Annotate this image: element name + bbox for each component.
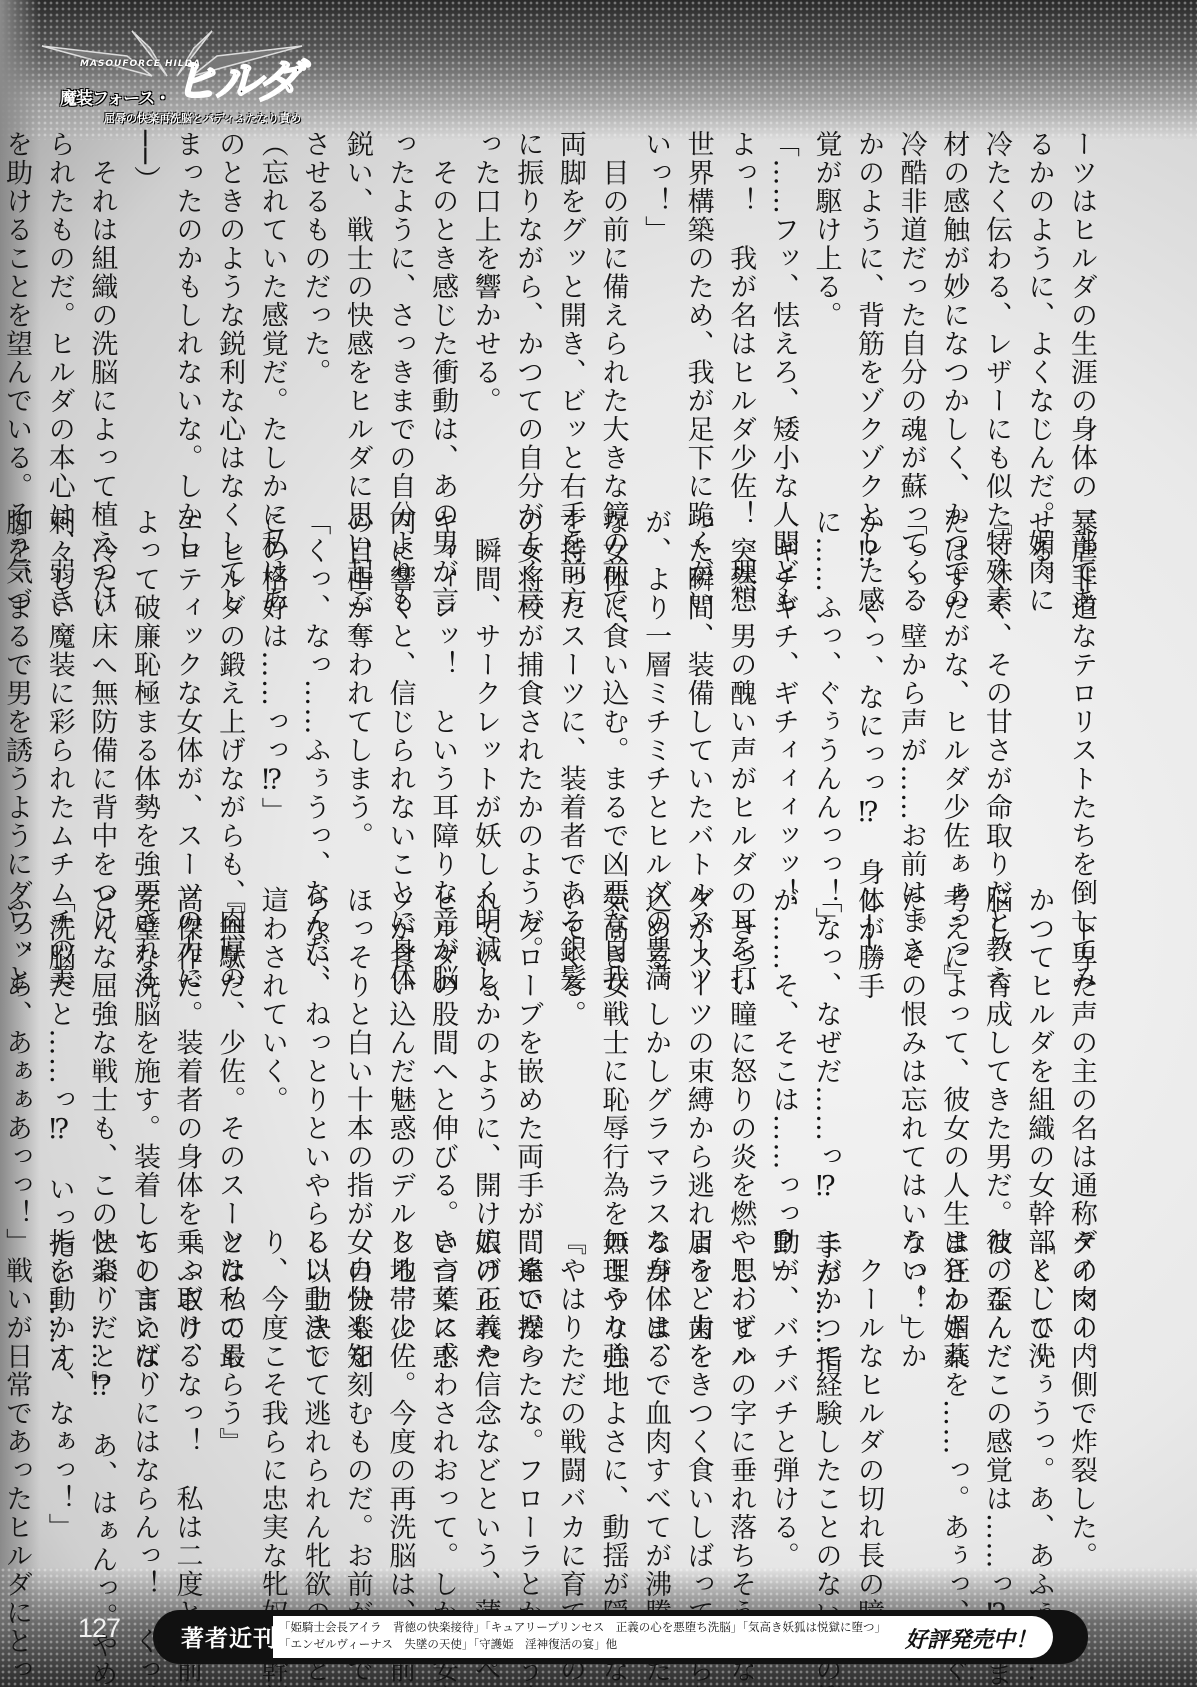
- text-column: ツが食い込んだ魅惑のデルタ地帯に、: [378, 886, 421, 1256]
- text-block-3: 下卑た声の主の名は通称テイマー。かつてヒルダを組織の女幹部として洗脳し、育成して…: [0, 886, 1102, 1256]
- text-column: いてくる。: [548, 886, 591, 1256]
- text-column: ヒルダの鍛え上げながらも、肉厚の: [208, 508, 251, 878]
- publication-titles-line-1: 「姫騎士会長アイラ 背徳の快楽接待」「キュアリープリンセス 正義の心を悪堕ち洗脳…: [279, 1619, 886, 1636]
- text-column: し──。: [846, 886, 889, 1256]
- text-column: た。その恨みは忘れてはいない。しか: [889, 886, 932, 1256]
- text-column: 「く、ひぃぅうっ。あ、あふぅっ……: [1017, 1228, 1060, 1568]
- page-number: 127: [78, 1613, 120, 1644]
- text-column: な、なんだこの感覚は……っ⁉ ま、: [974, 1228, 1017, 1568]
- text-column: 『やはりただの戦闘バカに育てたのは: [548, 1228, 591, 1568]
- text-column: 刺々しい魔装に彩られたムチムチの美: [37, 508, 80, 878]
- text-column: クールなヒルダの切れ長の瞳に、い: [846, 1228, 889, 1568]
- text-column: ダがスーツの束縛から逃れようと力を: [676, 886, 719, 1256]
- text-column: 娘の正義や信念などという、薄っぺら: [463, 1228, 506, 1568]
- text-column: 瞬間、サークレットが妖しく明滅し、: [463, 508, 506, 878]
- text-column: 鋭い、戦士の快感をヒルダに思い起こ: [335, 130, 378, 500]
- text-column: 目の前に備えられた大きな鏡の前で、: [591, 130, 634, 500]
- text-column: 「なっ、なぜだ……っ⁉ 手が……指: [804, 886, 847, 1256]
- text-column: 女の快楽を刻むものだ。お前が女であ: [335, 1228, 378, 1568]
- text-column: を助けることを望んでいる。そう気づ: [0, 130, 37, 500]
- text-column: 下卑た声の主の名は通称テイマー。: [1059, 886, 1102, 1256]
- text-column: エロティックな女体が、スーツの力に: [165, 508, 208, 878]
- text-column: 「洗脳だと……っ⁉ いったい……ん: [37, 886, 80, 1256]
- logo-japanese-title: 魔装フォース・: [60, 84, 170, 109]
- text-column: 脚を、まるで男を誘うようにグワッと: [0, 508, 37, 878]
- text-column: 「……フッ、怯えろ、矮小な人間ども: [761, 130, 804, 500]
- text-column: れているかのように、開け広げられた: [463, 886, 506, 1256]
- text-column: この格好は……っっ⁉」: [250, 508, 293, 878]
- text-column: （忘れていた感覚だ。たしかに私はあ: [250, 130, 293, 500]
- text-column: られたものだ。ヒルダの本心は、弱き: [37, 130, 80, 500]
- text-column: った口上を響かせる。: [463, 130, 506, 500]
- on-sale-label: 好評発売中！: [905, 1623, 1037, 1654]
- text-column: それは組織の洗脳によって植えつけ: [80, 130, 123, 500]
- text-column: 指を動かす、なぁっ！」: [37, 1228, 80, 1568]
- text-column: 『くくく、その甘さが命取りだと教え: [974, 508, 1017, 878]
- text-column: らない、ねっとりといやらしい動きで: [293, 886, 336, 1256]
- text-column: に振りながら、かつての自分がよく言: [506, 130, 549, 500]
- text-block-4: ダの肉の内側で炸裂した。「く、ひぃぅうっ。あ、あふぅっ……な、なんだこの感覚は……: [0, 1228, 1102, 1568]
- text-column: 『無駄だ、少佐。そのスーツは私の最: [208, 886, 251, 1256]
- text-column: 「ふざけるなっ！ 私は二度とお前た: [165, 1228, 208, 1568]
- text-column: 眉を、歯をきつく食いしばってこらえ: [676, 1228, 719, 1568]
- text-column: よっ！ 我が名はヒルダ少佐！ 理想: [719, 130, 762, 500]
- logo-hilda-title: ヒルダ: [172, 56, 299, 106]
- text-column: ほっそりと白い十本の指が、自分も知: [335, 886, 378, 1256]
- text-column: 冷たく伝わる、レザーにも似た特殊素: [974, 130, 1017, 500]
- text-column: る以上決して逃れられん牝欲の虜とな: [293, 1228, 336, 1568]
- text-column: ギチギチ、ギチィィィッッ！: [761, 508, 804, 878]
- text-column: 冷酷非道だった自分の魂が蘇ってくる: [889, 130, 932, 500]
- series-logo: MASOUFORCE HILDA 魔装フォース・ ヒルダ 屈辱の快楽再洗脳とパデ…: [22, 22, 322, 118]
- text-column: のときのような鋭利な心はなくしてし: [208, 130, 251, 500]
- text-column: まったのかもしれないな。しかし: [165, 130, 208, 500]
- text-column: 完璧な洗脳を施す。装着してしまえば、: [122, 886, 165, 1256]
- text-column: ダの肉の内側で炸裂した。: [1059, 1228, 1102, 1568]
- text-column: まだかつて経験したことのない牝の衝: [804, 1228, 847, 1568]
- publication-list-box: 「姫騎士会長アイラ 背徳の快楽接待」「キュアリープリンセス 正義の心を悪堕ち洗脳…: [273, 1616, 1053, 1658]
- text-column: ちの言いなりにはならんっ！ くっ、: [122, 1228, 165, 1568]
- text-column: かつてヒルダを組織の女幹部として洗: [1017, 886, 1060, 1256]
- publication-titles: 「姫騎士会長アイラ 背徳の快楽接待」「キュアリープリンセス 正義の心を悪堕ち洗脳…: [279, 1619, 886, 1653]
- text-column: どんな屈強な戦士も、このとおり……』: [80, 886, 123, 1256]
- text-column: 冷たい床へ無防備に背中をつけ、: [80, 508, 123, 878]
- text-column: るかのように、よくなじんだ。媚肉に: [1017, 130, 1060, 500]
- text-column: ──）: [122, 130, 165, 500]
- text-column: 材の感触が妙になつかしく、かつての: [932, 130, 975, 500]
- text-column: り、今度こそ我らに忠実な牝奴隷幹部: [250, 1228, 293, 1568]
- text-column: のような心地よさに、動揺が隠せない。: [591, 1228, 634, 1568]
- text-column: せる。: [1017, 508, 1060, 878]
- text-column: が、より一層ミチミチとヒルダの豊満: [633, 508, 676, 878]
- text-column: の自由が奪われてしまう。: [335, 508, 378, 878]
- text-column: 這わされていく。: [250, 886, 293, 1256]
- text-column: しろ、少佐。今度の再洗脳は、お前に: [378, 1228, 421, 1568]
- text-column: 暴虐非道なテロリストたちを倒してみ: [1059, 508, 1102, 878]
- text-column: 快楽、だと⁉ あ、はぁんっ。やめろ、: [80, 1228, 123, 1568]
- text-column: かのように、背筋をゾクゾクとした感: [846, 130, 889, 500]
- text-column: 「っっ、壁から声が……お前はまさ: [889, 508, 932, 878]
- text-column: よって破廉恥極まる体勢を強要される。: [122, 508, 165, 878]
- text-column: 動が、バチバチと弾ける。: [761, 1228, 804, 1568]
- text-column: ーツはヒルダの生涯の身体の一部であ: [1059, 130, 1102, 500]
- text-block-2: 暴虐非道なテロリストたちを倒してみせる。『くくく、その甘さが命取りだと教えたはず…: [0, 508, 1102, 878]
- text-column: たはずだがな、ヒルダ少佐ぁぁっっ』: [932, 508, 975, 878]
- text-column: 戦いが日常であったヒルダにとって、: [0, 1228, 37, 1568]
- text-column: 「くっ、なっ……ふぅうっ、なんだ、: [293, 508, 336, 878]
- text-column: そのとき感じた衝動は、あの男が言: [421, 130, 464, 500]
- text-column: を持ったスーツに、装着者である銀髪: [548, 508, 591, 878]
- text-column: 思わずハの字に垂れ落ちそうになる: [719, 1228, 762, 1568]
- text-column: 内に響くと、信じられないことに身体: [378, 508, 421, 878]
- text-column: ふっ、あ、あぁぁあっっ！」: [0, 886, 37, 1256]
- text-column: 両脚をグッと開き、ビッと右手を前方: [548, 130, 591, 500]
- story-subtitle: 屈辱の快楽再洗脳とパディふたなり責め: [104, 110, 301, 126]
- text-column: な女体に食い込む。まるで凶悪な自我: [591, 508, 634, 878]
- text-column: グローブを嵌めた両手が、糸で操ら: [506, 886, 549, 1256]
- text-column: 気高き女戦士に恥辱行為を無理やり強: [591, 886, 634, 1256]
- text-column: 込める。しかしグラマラスな身体は、: [633, 886, 676, 1256]
- text-column: ったように、さっきまでの自分よりも: [378, 130, 421, 500]
- text-column: 脳し、育成してきた男だ。彼の歪んだ: [974, 886, 1017, 1256]
- publication-titles-line-2: 「エンゼルヴィーナス 失墜の天使」「守護姫 淫神復活の宴」他: [279, 1636, 886, 1653]
- text-column: 覚が駆け上る。: [804, 130, 847, 500]
- text-column: させるものだった。: [293, 130, 336, 500]
- text-column: いっ！」: [633, 130, 676, 500]
- text-column: 考えによって、彼女の人生は狂わされ: [932, 886, 975, 1256]
- text-column: 間違いだったな。フローラとかいう小: [506, 1228, 549, 1568]
- text-block-1: ーツはヒルダの生涯の身体の一部であるかのように、よくなじんだ。媚肉に冷たく伝わる…: [0, 130, 1102, 500]
- banner-label: 著者近刊: [181, 1620, 277, 1653]
- text-column: きつい瞳に怒りの炎を燃やし、ヒル: [719, 886, 762, 1256]
- text-column: い言葉に惑わされおって。しかし安心: [421, 1228, 464, 1568]
- text-column: ヒルダの股間へと伸びる。きつくスー: [421, 886, 464, 1256]
- text-column: か⁉ くっ、なにっっ⁉ 身体が勝手: [846, 508, 889, 878]
- text-column: が……そ、そこは……っっ⁉」: [761, 886, 804, 1256]
- text-column: 世界構築のため、我が足下に跪くがい: [676, 130, 719, 500]
- text-column: まさか媚薬を……っ。あぅっ、ひぐぅ: [932, 1228, 975, 1568]
- text-column: 高傑作だ。装着者の身体を乗っ取り、: [165, 886, 208, 1256]
- text-column: うっ！」: [889, 1228, 932, 1568]
- author-recent-publications-banner: 著者近刊 「姫騎士会長アイラ 背徳の快楽接待」「キュアリープリンセス 正義の心を…: [153, 1610, 1088, 1664]
- text-column: 突然、男の醜い声がヒルダの耳を打: [719, 508, 762, 878]
- text-column: るが、まるで血肉すべてが沸騰したか: [633, 1228, 676, 1568]
- text-column: となってもらう』: [208, 1228, 251, 1568]
- text-column: った瞬間、装備していたバトルスーツ: [676, 508, 719, 878]
- text-column: キィィンッ！ という耳障りな音が脳: [421, 508, 464, 878]
- text-column: の女将校が捕食されたかのようだ。: [506, 508, 549, 878]
- text-column: に……ふっ、ぐぅうんんっっ！」: [804, 508, 847, 878]
